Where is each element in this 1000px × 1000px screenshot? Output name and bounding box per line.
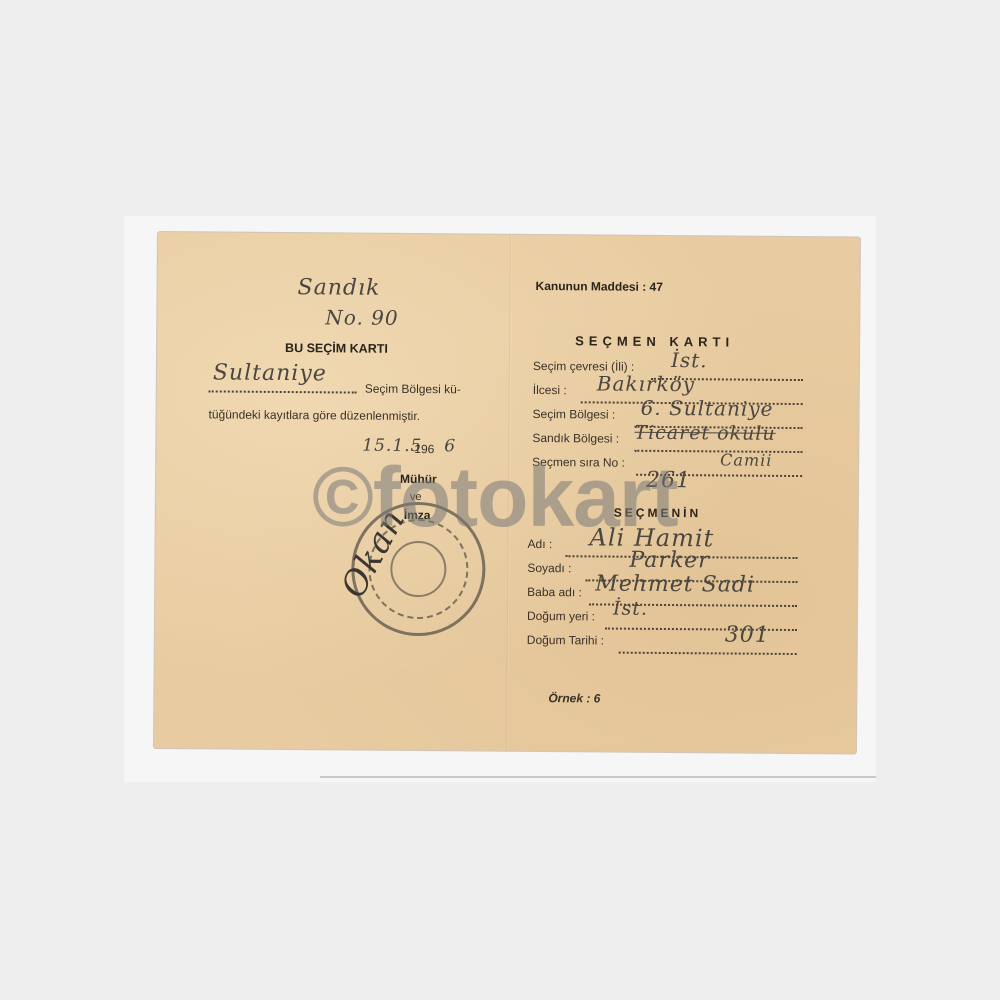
voter-value-father-name: Mehmet Sadi	[595, 571, 755, 597]
mount-edge	[320, 776, 876, 778]
voter-label-birthplace: Doğum yeri :	[527, 609, 595, 624]
voter-card-title: SEÇMEN KARTI	[575, 333, 734, 349]
field-label-election-region: Seçim Bölgesi :	[533, 407, 616, 422]
body-text-line-2: tüğündeki kayıtlara göre düzenlenmiştir.	[209, 407, 421, 423]
field-value-ballot-region: Ticaret okulu	[634, 422, 775, 445]
handwritten-region: Sultaniye	[213, 360, 327, 386]
field-value-election-region: 6. Sultaniye	[641, 396, 774, 421]
field-value-voter-number-extra: Camii	[720, 450, 772, 469]
voter-value-surname: Parker	[629, 548, 710, 574]
voter-label-father-name: Baba adı :	[527, 585, 582, 599]
body-text-line-1: Seçim Bölgesi kü-	[365, 382, 461, 397]
watermark: ©fotokart	[312, 455, 678, 539]
voter-label-birthdate: Doğum Tarihi :	[527, 633, 604, 648]
voter-value-birthplace: İst.	[613, 598, 648, 620]
voter-value-birthdate: 301	[725, 622, 770, 647]
form-sample-number: Örnek : 6	[548, 691, 600, 705]
field-label-district: İlcesi :	[533, 383, 567, 397]
handwritten-box-label: Sandık	[297, 275, 380, 301]
handwritten-box-number: No. 90	[325, 305, 399, 330]
dotted-line	[619, 652, 797, 655]
field-label-ballot-region: Sandık Bölgesi :	[532, 431, 619, 446]
region-dotted-line	[209, 390, 357, 393]
field-value-province: İst.	[671, 348, 708, 372]
law-article: Kanunun Maddesi : 47	[536, 279, 663, 294]
field-value-district: Bakırköy	[597, 371, 695, 396]
left-title: BU SEÇİM KARTI	[285, 341, 388, 356]
voter-label-surname: Soyadı :	[527, 561, 571, 575]
